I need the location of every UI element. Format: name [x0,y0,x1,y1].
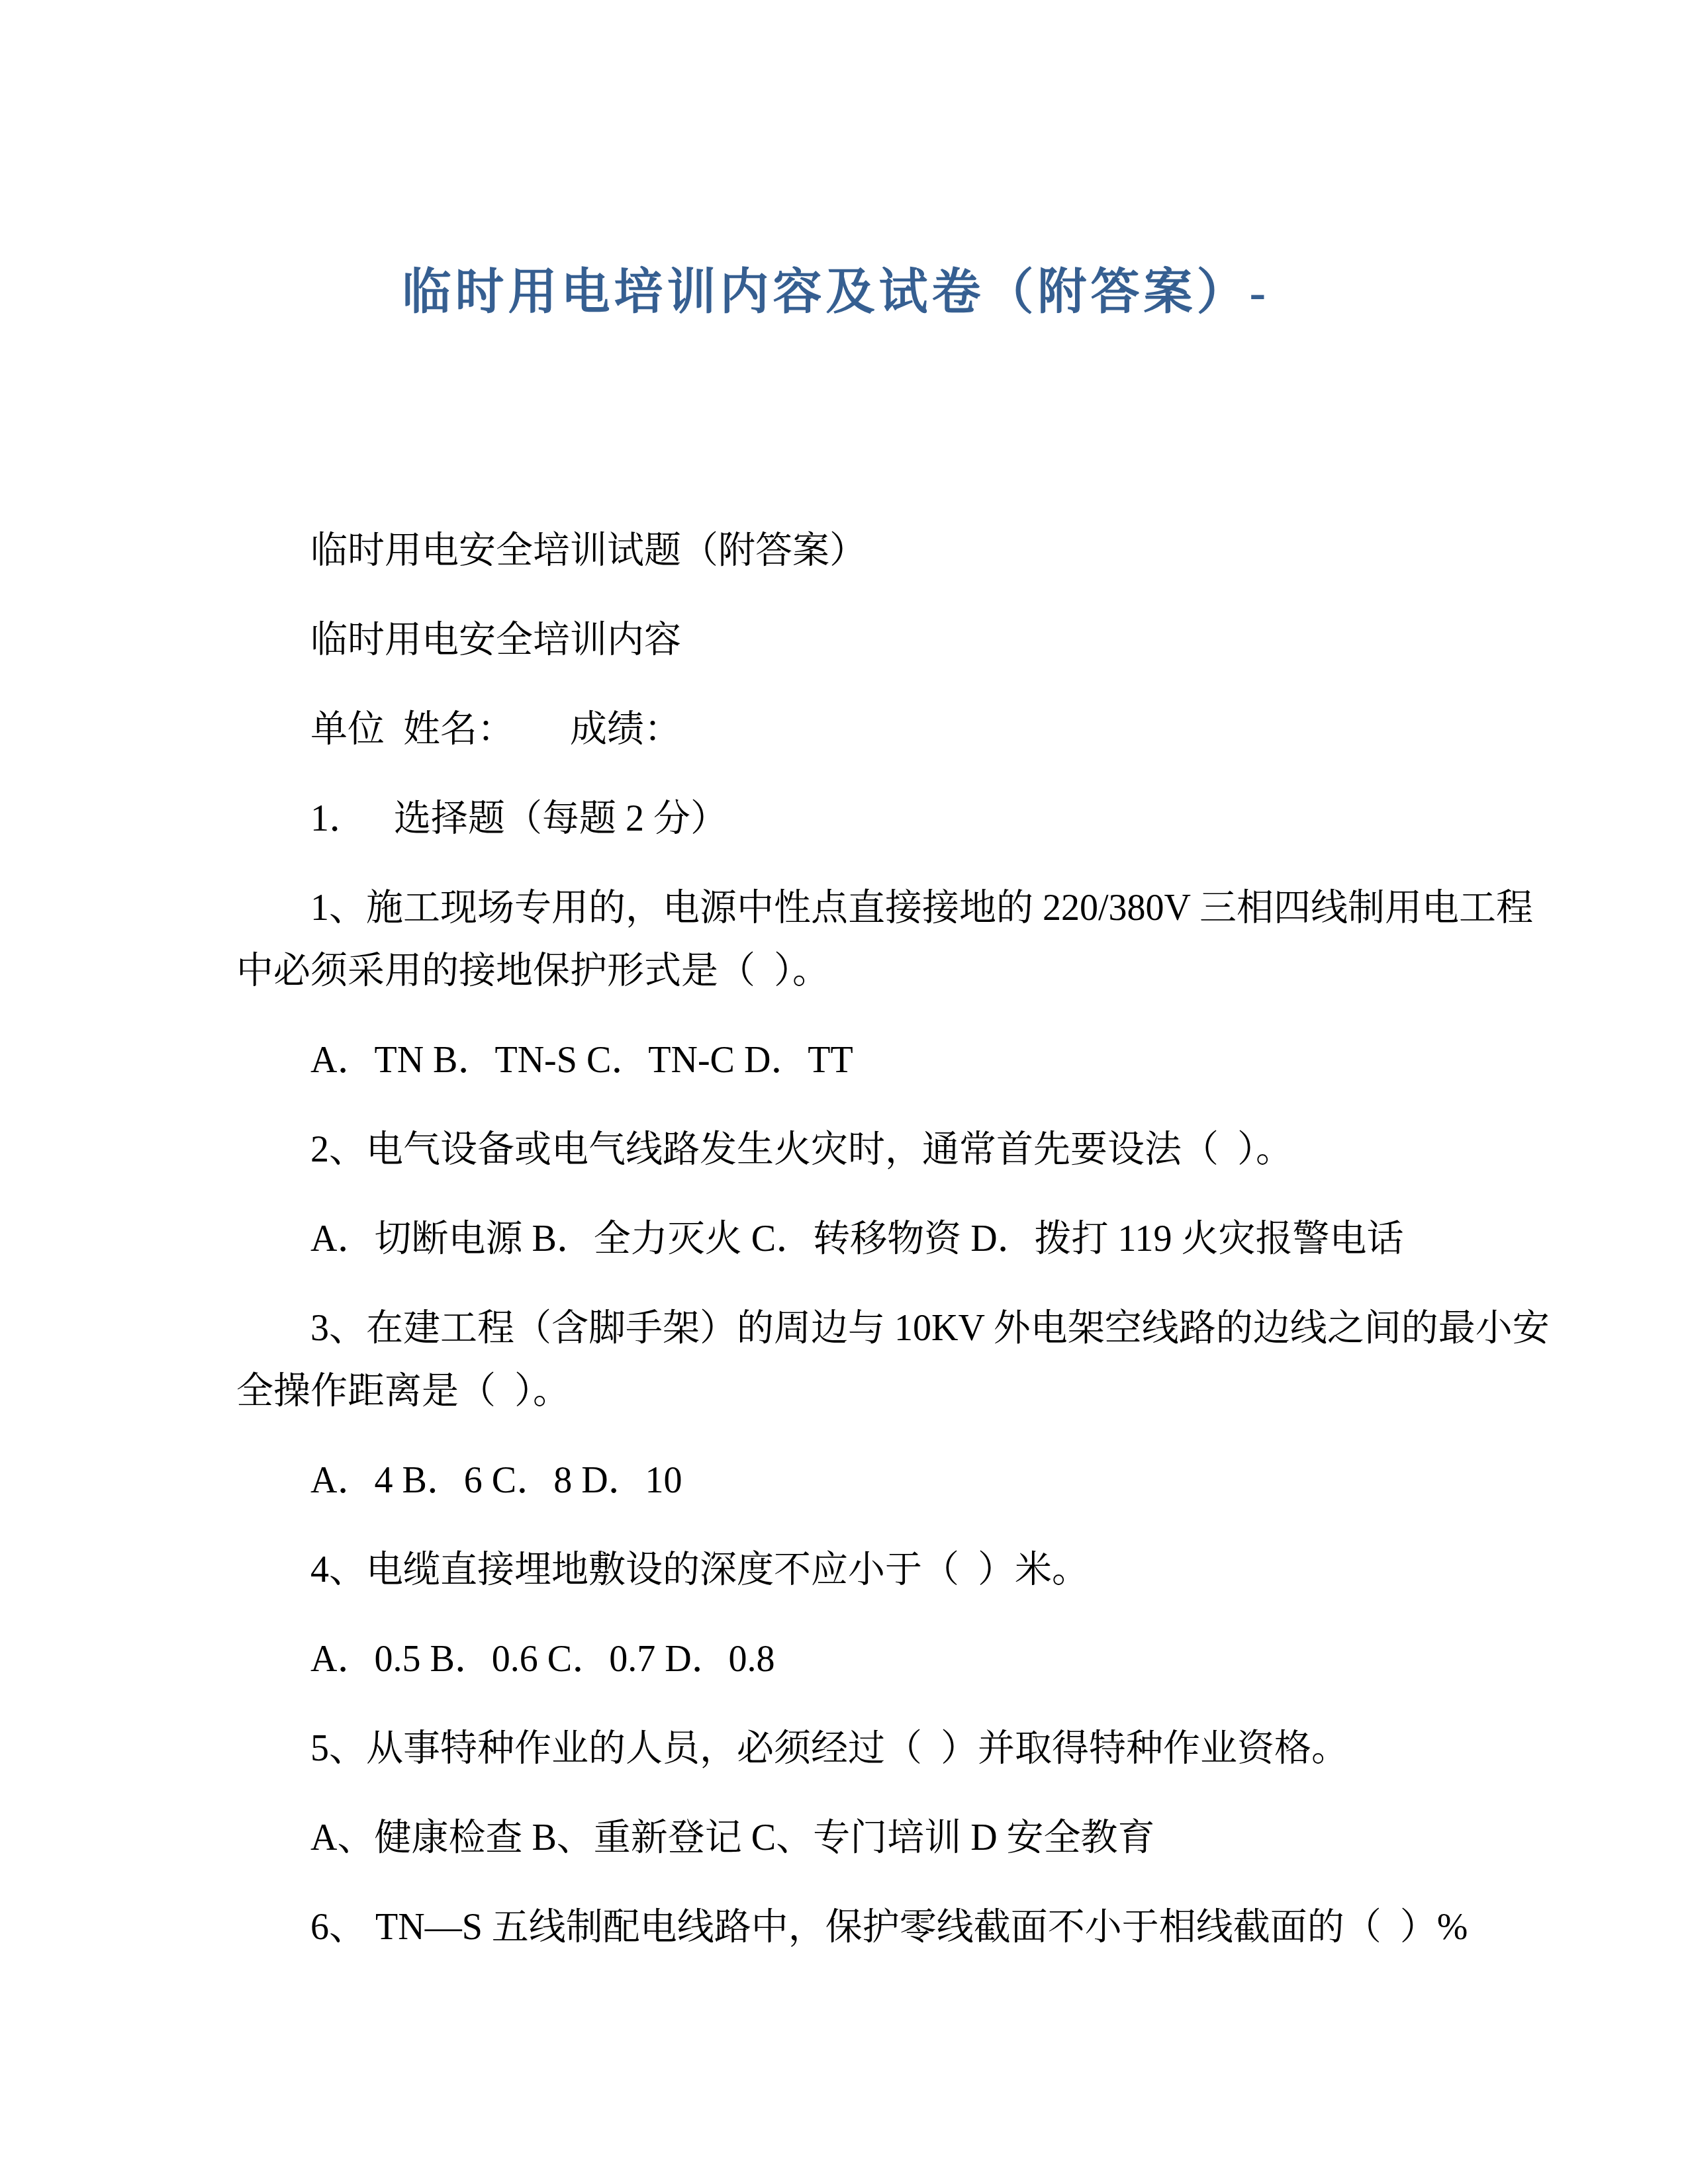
question-3-options: A．4 B．6 C．8 D．10 [236,1449,1454,1512]
question-6-text: 6、 TN—S 五线制配电线路中，保护零线截面不小于相线截面的（ ）% [236,1896,1454,1959]
document-title: 临时用电培训内容及试卷（附答案）- [0,259,1688,326]
question-2-text: 2、电气设备或电气线路发生火灾时，通常首先要设法（ ）。 [236,1118,1454,1181]
exam-title-line: 临时用电安全培训试题（附答案） [236,520,1454,582]
question-5-options: A、健康检查 B、重新登记 C、专门培训 D 安全教育 [236,1807,1454,1870]
question-5-text: 5、从事特种作业的人员，必须经过（ ）并取得特种作业资格。 [236,1717,1454,1780]
question-1-line-2: 中必须采用的接地保护形式是（ ）。 [236,940,1454,1003]
question-4-text: 4、电缆直接埋地敷设的深度不应小于（ ）米。 [236,1539,1454,1602]
document-body: 临时用电安全培训试题（附答案） 临时用电安全培训内容 单位 姓名： 成绩： 1．… [236,520,1454,1959]
training-content-line: 临时用电安全培训内容 [236,609,1454,672]
unit-name-score-line: 单位 姓名： 成绩： [236,698,1454,761]
question-4-options: A．0.5 B．0.6 C．0.7 D．0.8 [236,1628,1454,1691]
question-2-options: A．切断电源 B．全力灭火 C．转移物资 D．拨打 119 火灾报警电话 [236,1208,1454,1271]
section-1-heading: 1． 选择题（每题 2 分） [236,788,1454,850]
question-3-line-1: 3、在建工程（含脚手架）的周边与 10KV 外电架空线路的边线之间的最小安 [236,1297,1454,1360]
question-1-line-1: 1、施工现场专用的，电源中性点直接接地的 220/380V 三相四线制用电工程 [236,877,1454,940]
question-3-line-2: 全操作距离是（ ）。 [236,1360,1454,1423]
question-1-options: A．TN B．TN-S C．TN-C D．TT [236,1029,1454,1092]
document-page: 临时用电培训内容及试卷（附答案）- 临时用电安全培训试题（附答案） 临时用电安全… [0,0,1688,2184]
